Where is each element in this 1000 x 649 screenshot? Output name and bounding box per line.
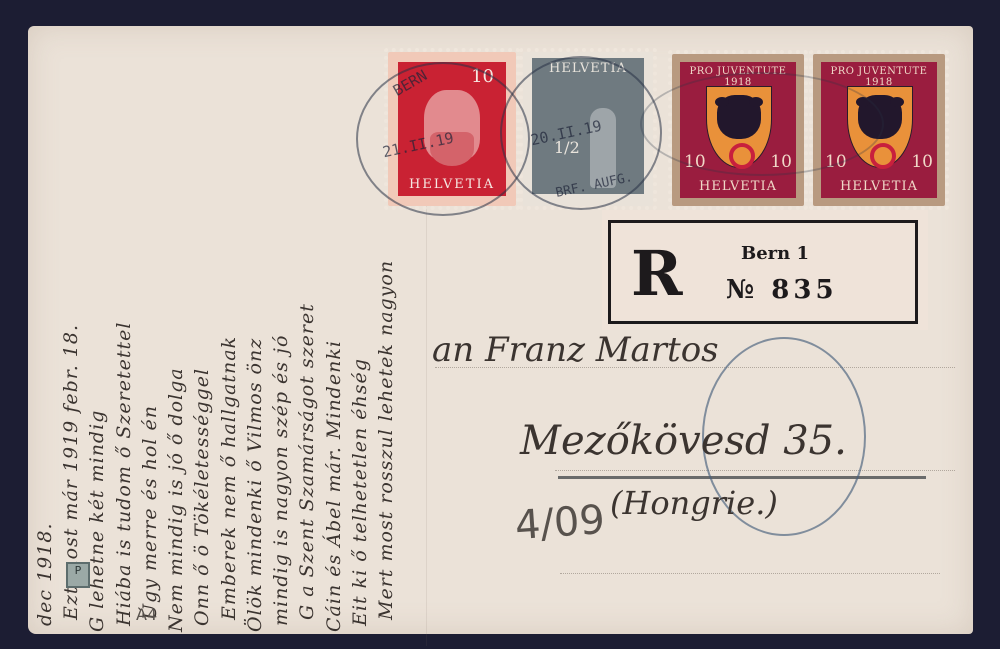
stamp-value: 10: [684, 152, 706, 172]
coat-of-arms: [706, 86, 772, 168]
publisher-mark: P: [66, 562, 90, 588]
stamp-tell-boy: HELVETIA 1/2: [523, 52, 653, 206]
bull-head-icon: [717, 95, 761, 139]
stamp-title: PRO JUVENTUTE 1918: [680, 66, 796, 88]
registration-office: Bern 1: [741, 243, 809, 264]
stamp-value: 10: [911, 152, 933, 172]
message-line: Ölök mindenki ő Vilmos önz: [244, 52, 266, 632]
stamp-title: PRO JUVENTUTE 1918: [821, 66, 937, 88]
registration-letter: R: [631, 237, 683, 310]
message-line: Cáin és Ábel már. Mindenki: [323, 52, 345, 632]
stamp-country: HELVETIA: [680, 179, 796, 194]
stamp-pro-juventute-1: PRO JUVENTUTE 1918 10 10 HELVETIA: [672, 54, 804, 206]
message-line: Emberek nem ő hallgatnak: [218, 40, 240, 620]
stamp-value: 10: [825, 152, 847, 172]
pencil-note: 4/09: [514, 497, 607, 549]
message-line: mindig is nagyon szép és jó: [270, 46, 292, 626]
tell-beard: [430, 132, 474, 166]
stamp-pro-juventute-2: PRO JUVENTUTE 1918 10 10 HELVETIA: [813, 54, 945, 206]
coat-of-arms: [847, 86, 913, 168]
address-city: Mezőkövesd 35.: [520, 418, 847, 464]
boy-figure: [590, 108, 616, 188]
message-line: dec 1918.: [34, 46, 56, 626]
pencil-corner-note: A4: [136, 605, 157, 624]
address-dotted-line: [560, 573, 940, 574]
stamp-country: HELVETIA: [398, 177, 506, 192]
message-line: Nem mindig is jó ő dolga: [165, 52, 187, 632]
message-line: Onn ő ö Tökéletességgel: [191, 46, 213, 626]
stamp-country: HELVETIA: [821, 179, 937, 194]
stamp-value: 10: [471, 66, 494, 87]
address-recipient: an Franz Martos: [432, 330, 719, 370]
message-line: G lehetne két mindig: [86, 52, 108, 632]
message-line: Hiába is tudom ő Szeretettel: [113, 46, 135, 626]
registration-label: R Bern 1 № 835: [602, 210, 928, 330]
nose-ring: [870, 143, 896, 169]
message-line: Úgy merre és hol én: [139, 40, 161, 620]
stamp-value: 1/2: [554, 138, 580, 157]
bull-head-icon: [858, 95, 902, 139]
message-line: G a Szent Szamárságot szeret: [296, 40, 318, 620]
stamp-tell-10: 10 HELVETIA: [388, 52, 516, 206]
stamp-country: HELVETIA: [532, 61, 644, 76]
registration-number: № 835: [726, 275, 838, 305]
stamp-value: 10: [770, 152, 792, 172]
message-line: Ezt most már 1919 febr. 18.: [60, 40, 82, 620]
registration-box: R Bern 1 № 835: [608, 220, 918, 324]
nose-ring: [729, 143, 755, 169]
message-line: Eit ki ő telhetetlen éhség: [349, 46, 371, 626]
address-country: (Hongrie.): [610, 484, 778, 522]
